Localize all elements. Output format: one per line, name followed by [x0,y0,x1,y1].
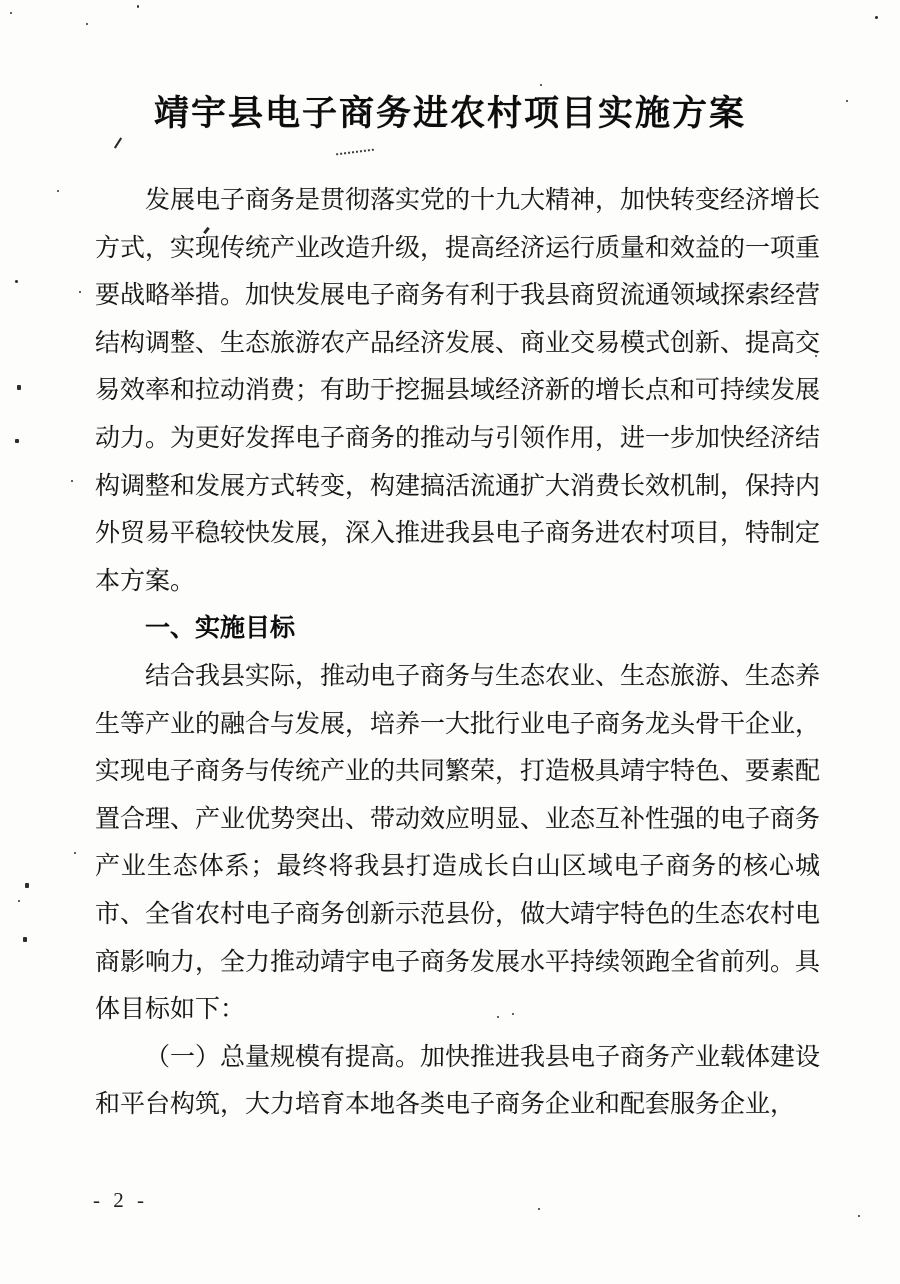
scan-speck [875,16,878,19]
document-body: 发展电子商务是贯彻落实党的十九大精神，加快转变经济增长方式，实现传统产业改造升级… [95,177,820,1129]
scan-tick-mark [114,137,122,148]
scan-speck [815,355,817,357]
page-number: - 2 - [93,1188,148,1213]
scan-speck [10,12,12,14]
scan-speck [23,937,27,942]
paragraph-intro: 发展电子商务是贯彻落实党的十九大精神，加快转变经济增长方式，实现传统产业改造升级… [95,177,820,605]
scan-speck [538,1208,540,1210]
scan-speck [497,1016,499,1018]
scan-speck [71,480,73,482]
section-heading-implementation-goals: 一、实施目标 [95,605,820,653]
scan-speck [15,280,18,283]
scan-speck [18,900,20,902]
scan-speck [137,5,139,8]
paragraph-goals: 结合我县实际，推动电子商务与生态农业、生态旅游、生态养生等产业的融合与发展，培养… [95,653,820,1034]
scan-speck [858,1215,860,1217]
scan-speck [512,1013,514,1015]
scan-speck [17,385,21,390]
scan-speck [846,100,848,102]
document-title: 靖宇县电子商务进农村项目实施方案 [0,0,900,136]
scan-speck [79,291,81,293]
scan-speck [540,84,542,86]
scan-speck [25,883,29,888]
scan-squiggle-mark [336,149,374,156]
paragraph-goal-item-1: （一）总量规模有提高。加快推进我县电子商务产业载体建设和平台构筑，大力培育本地各… [95,1034,820,1129]
scan-speck [15,439,19,443]
scan-speck [74,852,76,854]
scan-speck [57,190,59,192]
scan-speck [86,23,88,25]
scanned-document-page: 靖宇县电子商务进农村项目实施方案 发展电子商务是贯彻落实党的十九大精神，加快转变… [0,0,900,1284]
